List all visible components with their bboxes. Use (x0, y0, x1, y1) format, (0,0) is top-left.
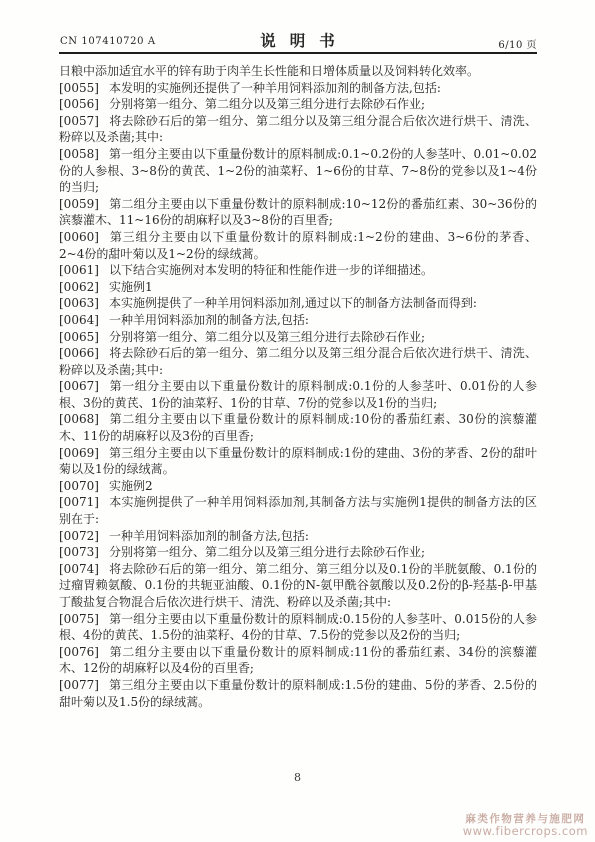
paragraph-tag: [0065] (59, 329, 109, 346)
paragraph-text: 第一组分主要由以下重量份数计的原料制成:0.1份的人参茎叶、0.01份的人参根、… (59, 379, 537, 410)
paragraph: [0058]第一组分主要由以下重量份数计的原料制成:0.1~0.2份的人参茎叶、… (59, 146, 537, 196)
paragraph: [0066]将去除砂石后的第一组分、第二组分以及第三组分混合后依次进行烘干、清洗… (59, 345, 537, 378)
paragraph-tag: [0072] (59, 528, 109, 545)
intro-continuation-line: 日粮中添加适宜水平的锌有助于肉羊生长性能和日增体质量以及饲料转化效率。 (59, 63, 537, 80)
watermark: 麻类作物营养与施肥网 www.fibercrops.com (463, 813, 588, 837)
paragraph: [0072]一种羊用饲料添加剂的制备方法,包括: (59, 528, 537, 545)
paragraph: [0070]实施例2 (59, 478, 537, 495)
watermark-url: www.fibercrops.com (463, 825, 588, 837)
paragraph-tag: [0074] (59, 561, 109, 578)
paragraph-text: 第一组分主要由以下重量份数计的原料制成:0.1~0.2份的人参茎叶、0.01~0… (59, 147, 537, 194)
header-divider (59, 52, 537, 54)
paragraph-tag: [0073] (59, 544, 109, 561)
paragraph-tag: [0060] (59, 229, 109, 246)
sheet-indicator: 6/10 页 (498, 36, 537, 51)
paragraph-text: 分别将第一组分、第二组分以及第三组分进行去除砂石作业; (109, 330, 425, 344)
paragraph-text: 一种羊用饲料添加剂的制备方法,包括: (109, 313, 309, 327)
paragraph: [0063]本实施例提供了一种羊用饲料添加剂,通过以下的制备方法制备而得到: (59, 295, 537, 312)
paragraph-text: 将去除砂石后的第一组分、第二组分以及第三组分混合后依次进行烘干、清洗、粉碎以及杀… (59, 346, 537, 377)
paragraph: [0073]分别将第一组分、第二组分以及第三组分进行去除砂石作业; (59, 544, 537, 561)
paragraph-tag: [0061] (59, 262, 109, 279)
paragraph-text: 本实施例提供了一种羊用饲料添加剂,通过以下的制备方法制备而得到: (109, 296, 477, 310)
document-body: 日粮中添加适宜水平的锌有助于肉羊生长性能和日增体质量以及饲料转化效率。 [005… (59, 63, 537, 710)
paragraphs-container: [0055]本发明的实施例还提供了一种羊用饲料添加剂的制备方法,包括:[0056… (59, 80, 537, 711)
paragraph: [0069]第三组分主要由以下重量份数计的原料制成:1份的建曲、3份的茅香、2份… (59, 445, 537, 478)
paragraph-tag: [0066] (59, 345, 109, 362)
paragraph-tag: [0075] (59, 611, 109, 628)
paragraph-text: 第三组分主要由以下重量份数计的原料制成:1份的建曲、3份的茅香、2份的甜叶菊以及… (59, 446, 537, 477)
paragraph: [0061]以下结合实施例对本发明的特征和性能作进一步的详细描述。 (59, 262, 537, 279)
patent-specification-page: CN 107410720 A 说明书 6/10 页 日粮中添加适宜水平的锌有助于… (0, 0, 595, 842)
paragraph-text: 第三组分主要由以下重量份数计的原料制成:1~2份的建曲、3~6份的茅香、2~4份… (59, 230, 537, 261)
paragraph-text: 本发明的实施例还提供了一种羊用饲料添加剂的制备方法,包括: (109, 81, 441, 95)
paragraph: [0077]第三组分主要由以下重量份数计的原料制成:1.5份的建曲、5份的茅香、… (59, 677, 537, 710)
paragraph: [0056]分别将第一组分、第二组分以及第三组分进行去除砂石作业; (59, 96, 537, 113)
paragraph: [0062]实施例1 (59, 279, 537, 296)
paragraph-tag: [0071] (59, 494, 109, 511)
paragraph-tag: [0055] (59, 80, 109, 97)
paragraph-tag: [0077] (59, 677, 109, 694)
paragraph: [0067]第一组分主要由以下重量份数计的原料制成:0.1份的人参茎叶、0.01… (59, 378, 537, 411)
paragraph-tag: [0058] (59, 146, 109, 163)
paragraph-tag: [0076] (59, 644, 109, 661)
paragraph-text: 分别将第一组分、第二组分以及第三组分进行去除砂石作业; (109, 97, 425, 111)
paragraph-tag: [0064] (59, 312, 109, 329)
paragraph-tag: [0068] (59, 411, 109, 428)
paragraph-text: 将去除砂石后的第一组分、第二组分以及第三组分混合后依次进行烘干、清洗、粉碎以及杀… (59, 114, 537, 145)
page-number: 8 (0, 771, 595, 784)
paragraph-text: 第二组分主要由以下重量份数计的原料制成:10~12份的番茄红素、30~36份的滨… (59, 197, 537, 228)
paragraph-text: 将去除砂石后的第一组分、第二组分、第三组分以及0.1份的半胱氨酸、0.1份的过瘤… (59, 562, 537, 609)
paragraph-tag: [0067] (59, 378, 109, 395)
paragraph: [0074]将去除砂石后的第一组分、第二组分、第三组分以及0.1份的半胱氨酸、0… (59, 561, 537, 611)
paragraph-text: 一种羊用饲料添加剂的制备方法,包括: (109, 529, 309, 543)
paragraph-tag: [0070] (59, 478, 109, 495)
paragraph-text: 第二组分主要由以下重量份数计的原料制成:10份的番茄红素、30份的滨藜灌木、11… (59, 412, 537, 443)
paragraph-text: 第二组分主要由以下重量份数计的原料制成:11份的番茄红素、34份的滨藜灌木、12… (59, 645, 537, 676)
paragraph-tag: [0063] (59, 295, 109, 312)
paragraph-tag: [0062] (59, 279, 109, 296)
paragraph: [0064]一种羊用饲料添加剂的制备方法,包括: (59, 312, 537, 329)
paragraph-text: 本实施例提供了一种羊用饲料添加剂,其制备方法与实施例1提供的制备方法的区别在于: (59, 495, 537, 526)
paragraph-tag: [0059] (59, 196, 109, 213)
paragraph-tag: [0069] (59, 445, 109, 462)
paragraph: [0059]第二组分主要由以下重量份数计的原料制成:10~12份的番茄红素、30… (59, 196, 537, 229)
paragraph-text: 第三组分主要由以下重量份数计的原料制成:1.5份的建曲、5份的茅香、2.5份的甜… (59, 678, 537, 709)
paragraph-text: 实施例1 (109, 280, 153, 294)
paragraph: [0055]本发明的实施例还提供了一种羊用饲料添加剂的制备方法,包括: (59, 80, 537, 97)
paragraph: [0068]第二组分主要由以下重量份数计的原料制成:10份的番茄红素、30份的滨… (59, 411, 537, 444)
paragraph-tag: [0057] (59, 113, 109, 130)
paragraph: [0076]第二组分主要由以下重量份数计的原料制成:11份的番茄红素、34份的滨… (59, 644, 537, 677)
paragraph-text: 以下结合实施例对本发明的特征和性能作进一步的详细描述。 (109, 263, 433, 277)
paragraph: [0071]本实施例提供了一种羊用饲料添加剂,其制备方法与实施例1提供的制备方法… (59, 494, 537, 527)
paragraph-text: 第一组分主要由以下重量份数计的原料制成:0.15份的人参茎叶、0.015份的人参… (59, 612, 537, 643)
paragraph: [0075]第一组分主要由以下重量份数计的原料制成:0.15份的人参茎叶、0.0… (59, 611, 537, 644)
paragraph: [0065]分别将第一组分、第二组分以及第三组分进行去除砂石作业; (59, 329, 537, 346)
paragraph-text: 实施例2 (109, 479, 153, 493)
paragraph: [0060]第三组分主要由以下重量份数计的原料制成:1~2份的建曲、3~6份的茅… (59, 229, 537, 262)
paragraph-text: 分别将第一组分、第二组分以及第三组分进行去除砂石作业; (109, 545, 425, 559)
paragraph: [0057]将去除砂石后的第一组分、第二组分以及第三组分混合后依次进行烘干、清洗… (59, 113, 537, 146)
paragraph-tag: [0056] (59, 96, 109, 113)
